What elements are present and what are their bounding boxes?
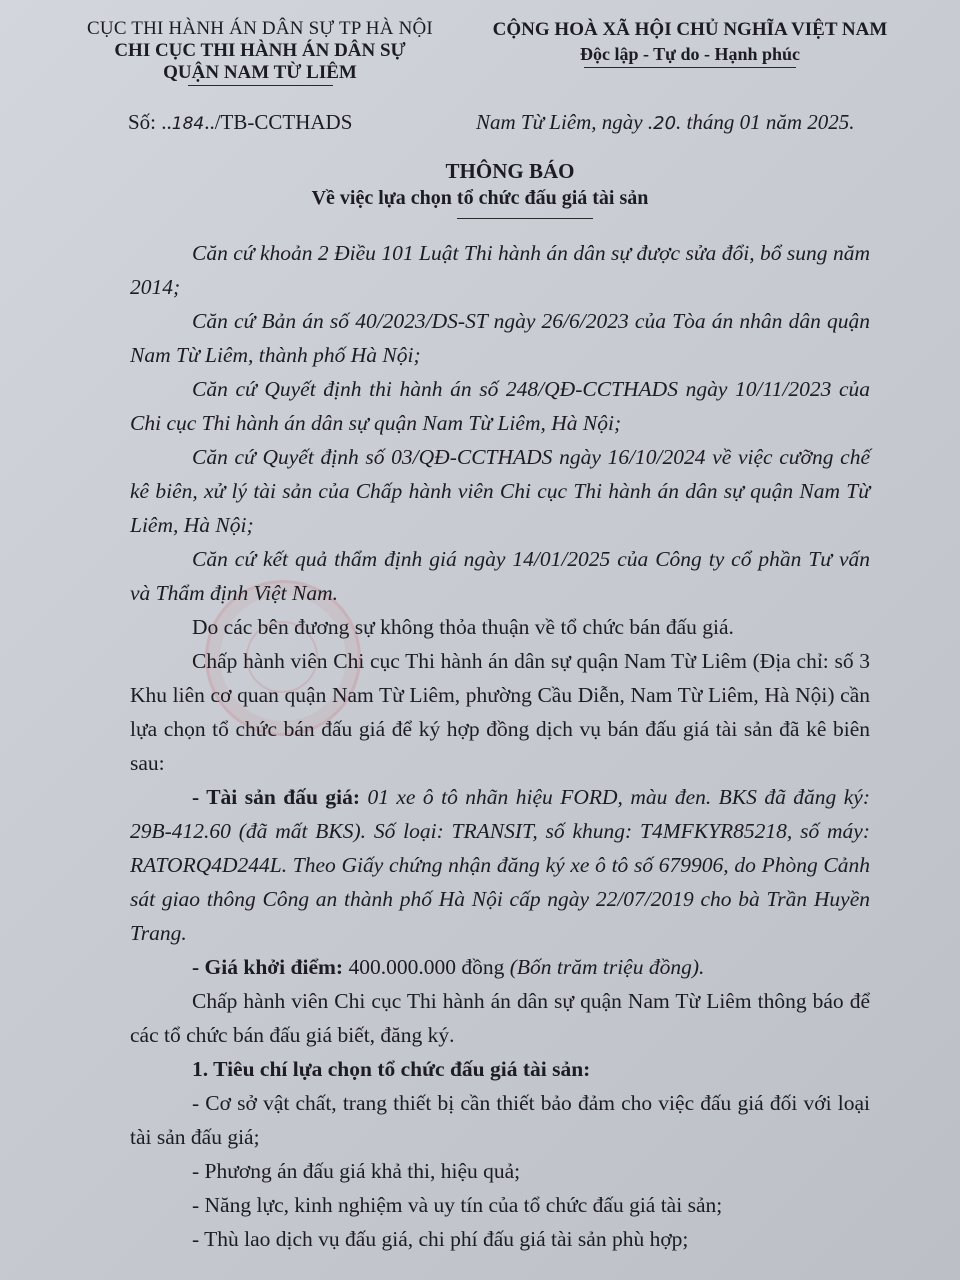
reason-paragraph: Do các bên đương sự không thỏa thuận về …	[130, 610, 870, 644]
criteria-item: - Phương án đấu giá khả thi, hiệu quả;	[130, 1154, 870, 1188]
legal-basis-2: Căn cứ Bản án số 40/2023/DS-ST ngày 26/6…	[130, 304, 870, 372]
date-prefix: Nam Từ Liêm, ngày .	[476, 110, 653, 134]
criteria-item: - Thù lao dịch vụ đấu giá, chi phí đấu g…	[130, 1222, 870, 1256]
country-name: CỘNG HOÀ XÃ HỘI CHỦ NGHĨA VIỆT NAM	[470, 18, 910, 42]
handwritten-day: 20	[653, 113, 676, 134]
legal-basis-1: Căn cứ khoản 2 Điều 101 Luật Thi hành án…	[130, 236, 870, 304]
intro-paragraph: Chấp hành viên Chi cục Thi hành án dân s…	[130, 644, 870, 780]
handwritten-number: 184	[172, 114, 204, 134]
date-suffix: . tháng 01 năm 2025.	[676, 110, 855, 134]
national-header: CỘNG HOÀ XÃ HỘI CHỦ NGHĨA VIỆT NAM Độc l…	[470, 18, 910, 68]
sub-agency: CHI CỤC THI HÀNH ÁN DÂN SỰ	[60, 40, 460, 62]
national-motto: Độc lập - Tự do - Hạnh phúc	[470, 42, 910, 66]
asset-label: - Tài sản đấu giá:	[192, 785, 360, 809]
criteria-item: - Năng lực, kinh nghiệm và uy tín của tổ…	[130, 1188, 870, 1222]
section-1-heading: 1. Tiêu chí lựa chọn tổ chức đấu giá tài…	[130, 1052, 870, 1086]
price-value: 400.000.000 đồng	[343, 955, 510, 979]
header-left-underline	[188, 85, 333, 86]
title-underline	[457, 218, 593, 219]
criteria-item: - Cơ sở vật chất, trang thiết bị cần thi…	[130, 1086, 870, 1154]
starting-price-paragraph: - Giá khởi điểm: 400.000.000 đồng (Bốn t…	[130, 950, 870, 984]
legal-basis-5: Căn cứ kết quả thẩm định giá ngày 14/01/…	[130, 542, 870, 610]
document-body: Căn cứ khoản 2 Điều 101 Luật Thi hành án…	[130, 236, 870, 1256]
legal-basis-3: Căn cứ Quyết định thi hành án số 248/QĐ-…	[130, 372, 870, 440]
title-block: THÔNG BÁO Về việc lựa chọn tổ chức đấu g…	[0, 158, 960, 219]
document-subject: Về việc lựa chọn tổ chức đấu giá tài sản	[0, 184, 960, 212]
document-number-prefix: Số: ..	[128, 110, 172, 134]
price-label: - Giá khởi điểm:	[192, 955, 343, 979]
district-name: QUẬN NAM TỪ LIÊM	[60, 62, 460, 84]
issuing-agency-header: CỤC THI HÀNH ÁN DÂN SỰ TP HÀ NỘI CHI CỤC…	[60, 18, 460, 86]
legal-basis-4: Căn cứ Quyết định số 03/QĐ-CCTHADS ngày …	[130, 440, 870, 542]
document-number: Số: ..184../TB-CCTHADS	[128, 110, 352, 135]
asset-description: 01 xe ô tô nhãn hiệu FORD, màu đen. BKS …	[130, 785, 870, 945]
asset-paragraph: - Tài sản đấu giá: 01 xe ô tô nhãn hiệu …	[130, 780, 870, 950]
header-right-underline	[584, 67, 796, 68]
document-number-suffix: ../TB-CCTHADS	[204, 110, 352, 134]
document-title: THÔNG BÁO	[60, 158, 960, 184]
document-page: CỤC THI HÀNH ÁN DÂN SỰ TP HÀ NỘI CHI CỤC…	[0, 0, 960, 1280]
document-date: Nam Từ Liêm, ngày .20. tháng 01 năm 2025…	[476, 110, 855, 135]
notice-paragraph: Chấp hành viên Chi cục Thi hành án dân s…	[130, 984, 870, 1052]
price-in-words: (Bốn trăm triệu đồng).	[510, 955, 705, 979]
parent-agency: CỤC THI HÀNH ÁN DÂN SỰ TP HÀ NỘI	[60, 18, 460, 40]
